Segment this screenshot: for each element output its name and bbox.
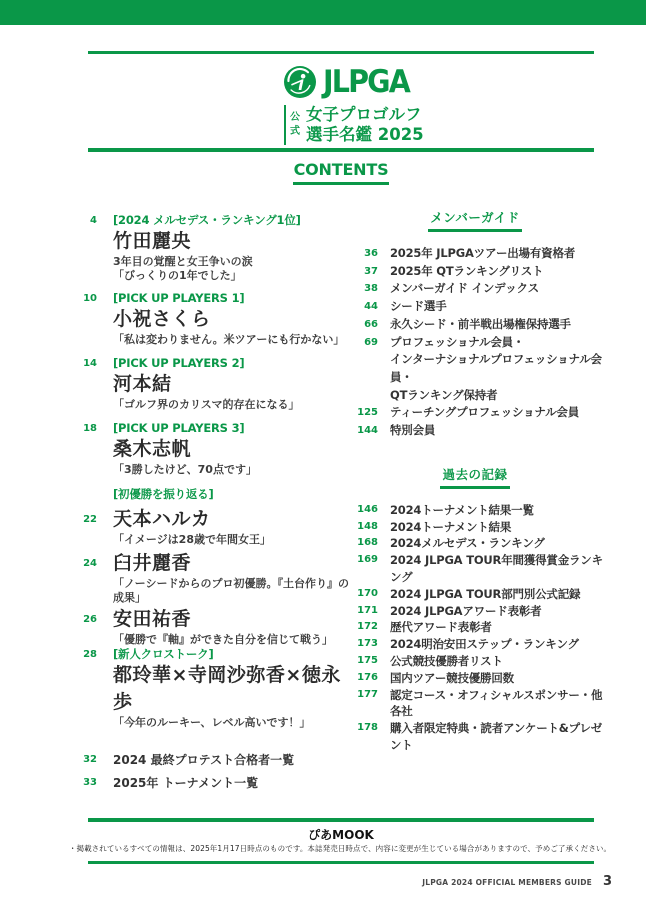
- toc-entry: 36 2025年 JLPGAツアー出場有資格者: [340, 245, 610, 263]
- entry-title: 2024トーナメント結果一覧: [390, 502, 534, 519]
- page-number: 177: [340, 687, 378, 704]
- member-guide-list: 36 2025年 JLPGAツアー出場有資格者 37 2025年 QTランキング…: [340, 245, 610, 440]
- page-number: 169: [340, 552, 378, 569]
- page-number: 4: [59, 213, 97, 228]
- header-rule-mid: [88, 148, 594, 152]
- member-guide-heading: メンバーガイド: [428, 208, 522, 232]
- entry-title: 2025年 QTランキングリスト: [390, 263, 543, 281]
- page-number: 44: [340, 298, 378, 316]
- page-number: 38: [340, 280, 378, 298]
- guide-credit-text: JLPGA 2024 OFFICIAL MEMBERS GUIDE: [422, 878, 592, 887]
- toc-entry: 18 [PICK UP PLAYERS 3] 桑木志帆 「3勝したけど、70点で…: [59, 421, 355, 477]
- page-number: 18: [59, 421, 97, 436]
- entry-title: 臼井麗香: [113, 550, 355, 577]
- entry-title: シード選手: [390, 298, 447, 316]
- entry-title: 2024 JLPGA TOUR部門別公式記録: [390, 586, 580, 603]
- contents-heading-wrap: CONTENTS: [88, 160, 594, 185]
- page-number: 178: [340, 720, 378, 737]
- entry-title: 河本結: [113, 371, 300, 398]
- page-number: 28: [59, 647, 97, 662]
- page-number: 36: [340, 245, 378, 263]
- top-green-bar: [0, 0, 646, 25]
- page-number: 66: [340, 316, 378, 334]
- entry-subtitle: 「今年のルーキー、レベル高いです！」: [113, 716, 355, 730]
- entry-subtitle: 「ノーシードからのプロ初優勝。『土台作り』の成果」: [113, 577, 355, 604]
- toc-entry: 177 認定コース・オフィシャルスポンサー・他各社: [340, 687, 610, 721]
- entry-title: 2024 最終プロテスト合格者一覧: [113, 753, 294, 767]
- entry-title: 2025年 JLPGAツアー出場有資格者: [390, 245, 575, 263]
- entry-tag: [PICK UP PLAYERS 2]: [113, 356, 300, 371]
- toc-entry: 178 購入者限定特典・読者アンケート&プレゼント: [340, 720, 610, 754]
- page-number: 173: [340, 636, 378, 653]
- entry-tag: [新人クロストーク]: [113, 647, 355, 662]
- feature-column: 4 [2024 メルセデス・ランキング1位] 竹田麗央 3年目の覚醒と女王争いの…: [59, 213, 355, 790]
- toc-entry: 176 国内ツアー競技優勝回数: [340, 670, 610, 687]
- official-badge-char-bottom: 式: [290, 125, 300, 139]
- entry-title: 歴代アワード表彰者: [390, 619, 492, 636]
- page-number: 170: [340, 586, 378, 603]
- page-number: 33: [59, 776, 97, 790]
- toc-entry: 173 2024明治安田ステップ・ランキング: [340, 636, 610, 653]
- member-guide-heading-wrap: メンバーガイド: [340, 207, 610, 232]
- page-number: 175: [340, 653, 378, 670]
- toc-entry: 14 [PICK UP PLAYERS 2] 河本結 「ゴルフ界のカリスマ的存在…: [59, 356, 355, 412]
- page-number: 69: [340, 334, 378, 352]
- toc-entry: 66 永久シード・前半戦出場権保持選手: [340, 316, 610, 334]
- page-number: 168: [340, 535, 378, 552]
- toc-entry: 171 2024 JLPGAアワード表彰者: [340, 603, 610, 620]
- entry-title: 竹田麗央: [113, 228, 301, 255]
- toc-entry: 148 2024トーナメント結果: [340, 519, 610, 536]
- entry-title: 2024明治安田ステップ・ランキング: [390, 636, 579, 653]
- toc-entry: 24 臼井麗香 「ノーシードからのプロ初優勝。『土台作り』の成果」: [59, 550, 355, 604]
- page-number: 176: [340, 670, 378, 687]
- page-number: 10: [59, 291, 97, 306]
- entry-title: 2024メルセデス・ランキング: [390, 535, 545, 552]
- jlpga-logo-row: JLPGA: [284, 66, 484, 98]
- toc-entry: 38 メンバーガイド インデックス: [340, 280, 610, 298]
- entry-title: 小祝さくら: [113, 306, 344, 333]
- entry-title: 公式競技優勝者リスト: [390, 653, 503, 670]
- entry-tag: [2024 メルセデス・ランキング1位]: [113, 213, 301, 228]
- entry-subtitle: 「優勝で『軸』ができた自分を信じて戦う」: [113, 633, 333, 647]
- entry-subtitle: 「私は変わりません。米ツアーにも行かない」: [113, 333, 344, 347]
- records-heading: 過去の記録: [440, 465, 509, 489]
- toc-entry: 125 ティーチングプロフェッショナル会員: [340, 404, 610, 422]
- toc-entry: 69 プロフェッショナル会員・ インターナショナルプロフェッショナル会員・ QT…: [340, 334, 610, 405]
- entry-title: プロフェッショナル会員・ インターナショナルプロフェッショナル会員・ QTランキ…: [390, 334, 610, 405]
- header-rule-top: [88, 51, 594, 54]
- entry-title: 天本ハルカ: [113, 506, 271, 533]
- entry-subtitle: 3年目の覚醒と女王争いの涙 「びっくりの1年でした」: [113, 255, 301, 282]
- toc-entry: 172 歴代アワード表彰者: [340, 619, 610, 636]
- toc-entry: 33 2025年 トーナメント一覧: [59, 776, 355, 790]
- toc-section-tag: [初優勝を振り返る]: [59, 487, 355, 502]
- contents-heading: CONTENTS: [293, 160, 390, 185]
- toc-entry: 169 2024 JLPGA TOUR年間獲得賞金ランキング: [340, 552, 610, 586]
- toc-entry: 4 [2024 メルセデス・ランキング1位] 竹田麗央 3年目の覚醒と女王争いの…: [59, 213, 355, 282]
- entry-title: ティーチングプロフェッショナル会員: [390, 404, 579, 422]
- entry-title: 購入者限定特典・読者アンケート&プレゼント: [390, 720, 610, 754]
- page-number: 146: [340, 502, 378, 519]
- entry-title: 2024トーナメント結果: [390, 519, 511, 536]
- toc-entry: 146 2024トーナメント結果一覧: [340, 502, 610, 519]
- footer-rule-top: [88, 818, 594, 822]
- entry-subtitle: 「イメージは28歳で年間女王」: [113, 533, 271, 547]
- logo-subtitle-block: 公 式 女子プロゴルフ 選手名鑑 2025: [284, 105, 484, 145]
- entry-tag: [PICK UP PLAYERS 1]: [113, 291, 344, 306]
- page-number: 172: [340, 619, 378, 636]
- page-number: 148: [340, 519, 378, 536]
- official-badge: 公 式: [290, 105, 300, 145]
- entry-title: 桑木志帆: [113, 436, 257, 463]
- jlpga-wordmark: JLPGA: [323, 67, 409, 98]
- records-heading-wrap: 過去の記録: [340, 464, 610, 489]
- footer-note: ・掲載されているすべての情報は、2025年1月17日時点のものです。本誌発売日時…: [60, 843, 620, 854]
- entry-title: 永久シード・前半戦出場権保持選手: [390, 316, 571, 334]
- entry-title: 認定コース・オフィシャルスポンサー・他各社: [390, 687, 610, 721]
- logo-divider-line: [284, 105, 286, 145]
- page-number: 24: [59, 550, 97, 571]
- entry-title: 2024 JLPGAアワード表彰者: [390, 603, 541, 620]
- toc-entry: 28 [新人クロストーク] 都玲華×寺岡沙弥香×徳永歩 「今年のルーキー、レベル…: [59, 647, 355, 730]
- entry-tag: [初優勝を振り返る]: [113, 487, 214, 502]
- entry-title: 特別会員: [390, 422, 435, 440]
- toc-entry: 32 2024 最終プロテスト合格者一覧: [59, 753, 355, 767]
- entry-title: 安田祐香: [113, 606, 333, 633]
- page-number: 14: [59, 356, 97, 371]
- entry-tag: [PICK UP PLAYERS 3]: [113, 421, 257, 436]
- entry-title: 都玲華×寺岡沙弥香×徳永歩: [113, 662, 355, 716]
- page-number: 22: [59, 506, 97, 527]
- toc-page: JLPGA 公 式 女子プロゴルフ 選手名鑑 2025 CONTENTS 4 […: [0, 0, 646, 912]
- toc-entry: 37 2025年 QTランキングリスト: [340, 263, 610, 281]
- toc-entry: 22 天本ハルカ 「イメージは28歳で年間女王」: [59, 506, 355, 547]
- entry-title: 2025年 トーナメント一覧: [113, 776, 258, 790]
- publisher-label: ぴあMOOK: [88, 826, 594, 843]
- entry-subtitle: 「3勝したけど、70点です」: [113, 463, 257, 477]
- page-number: 26: [59, 606, 97, 627]
- records-list: 146 2024トーナメント結果一覧 148 2024トーナメント結果 168 …: [340, 502, 610, 754]
- jlpga-logo: JLPGA 公 式 女子プロゴルフ 選手名鑑 2025: [284, 66, 484, 145]
- logo-subtitle: 女子プロゴルフ 選手名鑑 2025: [306, 105, 424, 145]
- page-number: 37: [340, 263, 378, 281]
- page-number: 32: [59, 753, 97, 767]
- official-badge-char-top: 公: [290, 111, 300, 125]
- jlpga-golfer-icon: [284, 66, 316, 98]
- entry-title: メンバーガイド インデックス: [390, 280, 539, 298]
- page-number: 171: [340, 603, 378, 620]
- toc-entry: 10 [PICK UP PLAYERS 1] 小祝さくら 「私は変わりません。米…: [59, 291, 355, 347]
- index-column: メンバーガイド 36 2025年 JLPGAツアー出場有資格者 37 2025年…: [340, 207, 610, 754]
- footer-rule-bottom: [88, 861, 594, 864]
- toc-entry: 175 公式競技優勝者リスト: [340, 653, 610, 670]
- page-number: 144: [340, 422, 378, 440]
- entry-title: 2024 JLPGA TOUR年間獲得賞金ランキング: [390, 552, 610, 586]
- page-number: 125: [340, 404, 378, 422]
- folio-page-number: 3: [603, 874, 612, 889]
- toc-entry: 44 シード選手: [340, 298, 610, 316]
- toc-entry: 168 2024メルセデス・ランキング: [340, 535, 610, 552]
- toc-entry: 170 2024 JLPGA TOUR部門別公式記録: [340, 586, 610, 603]
- entry-title: 国内ツアー競技優勝回数: [390, 670, 514, 687]
- logo-subtitle-line1: 女子プロゴルフ: [306, 105, 424, 125]
- logo-subtitle-line2: 選手名鑑 2025: [306, 125, 424, 145]
- toc-entry: 26 安田祐香 「優勝で『軸』ができた自分を信じて戦う」: [59, 606, 355, 647]
- entry-subtitle: 「ゴルフ界のカリスマ的存在になる」: [113, 398, 300, 412]
- footer-credit: JLPGA 2024 OFFICIAL MEMBERS GUIDE 3: [422, 874, 612, 889]
- toc-entry: 144 特別会員: [340, 422, 610, 440]
